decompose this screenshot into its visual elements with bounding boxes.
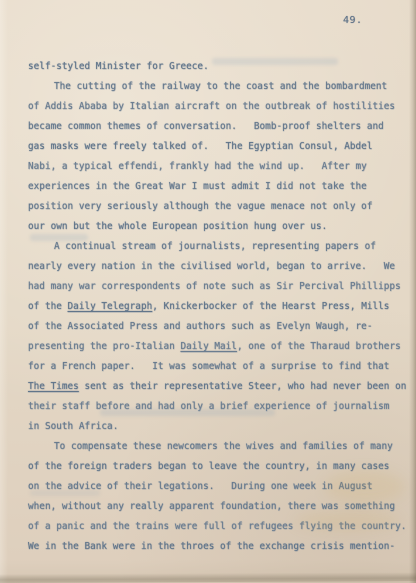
text-line: of the Daily Telegraph, Knickerbocker of… [28,297,416,317]
text-line: for a French paper. It was somewhat of a… [28,357,416,377]
text-line: of the foreign traders began to leave th… [28,457,416,477]
document-lines: self-styled Minister for Greece.The cutt… [28,57,416,557]
text-line: experiences in the Great War I must admi… [28,177,416,197]
text-line: in South Africa. [28,417,416,437]
text-line: when, without any really apparent founda… [28,497,416,517]
page-number: 49. [343,15,363,26]
text-line: position very seriously although the vag… [28,197,416,217]
text-line: The Times sent as their representative S… [28,377,416,397]
scanned-document-page: 49. self-styled Minister for Greece.The … [0,0,416,583]
text-line: of a panic and the trains were full of r… [28,517,416,537]
text-line: To compensate these newcomers the wives … [28,437,416,457]
text-line: presenting the pro-Italian Daily Mail, o… [28,337,416,357]
text-line: Nabi, a typical effendi, frankly had the… [28,157,416,177]
text-line: The cutting of the railway to the coast … [28,77,416,97]
text-line: our own but the whole European position … [28,217,416,237]
text-line: their staff before and had only a brief … [28,397,416,417]
text-line: became common themes of conversation. Bo… [28,117,416,137]
text-line: on the advice of their legations. During… [28,477,416,497]
text-line: nearly every nation in the civilised wor… [28,257,416,277]
text-line: of Addis Ababa by Italian aircraft on th… [28,97,416,117]
text-line: We in the Bank were in the throes of the… [28,537,416,557]
text-line: self-styled Minister for Greece. [28,57,416,77]
text-line: gas masks were freely talked of. The Egy… [28,137,416,157]
scan-edge-left [0,0,8,583]
scan-edge-bottom [0,572,416,583]
text-line: A continual stream of journalists, repre… [28,237,416,257]
text-line: had many war correspondents of note such… [28,277,416,297]
text-line: of the Associated Press and authors such… [28,317,416,337]
